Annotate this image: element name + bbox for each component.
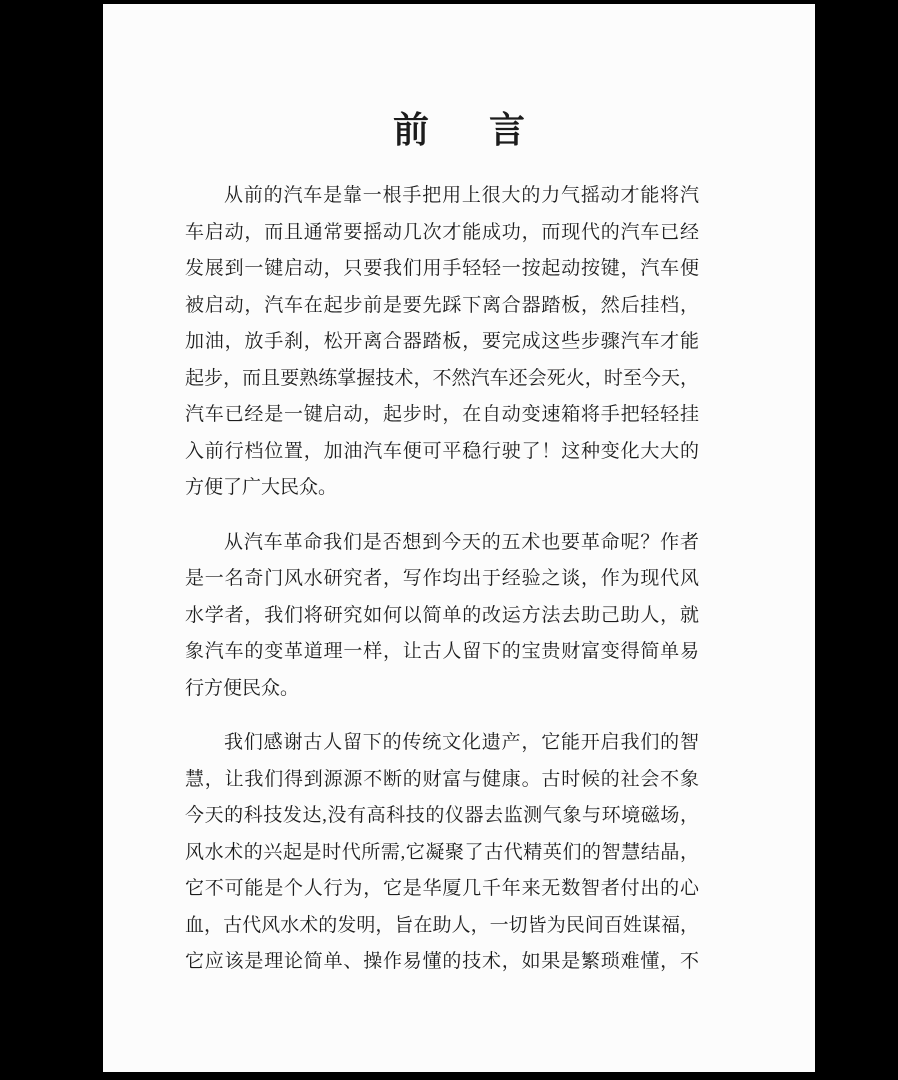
scan-background: 前 言 从前的汽车是靠一根手把用上很大的力气摇动才能将汽车启动，而且通常要摇动几… — [0, 0, 898, 1080]
paragraph: 从前的汽车是靠一根手把用上很大的力气摇动才能将汽车启动，而且通常要摇动几次才能成… — [185, 178, 699, 507]
paragraph: 从汽车革命我们是否想到今天的五术也要革命呢？作者是一名奇门风水研究者，写作均出于… — [185, 525, 699, 708]
paragraph: 我们感谢古人留下的传统文化遗产，它能开启我们的智慧，让我们得到源源不断的财富与健… — [185, 725, 699, 981]
text-line: 它应该是理论简单、操作易懂的技术，如果是繁琐难懂，不 — [185, 944, 699, 981]
text-line: 车启动，而且通常要摇动几次才能成功，而现代的汽车已经 — [185, 215, 699, 252]
text-line: 象汽车的变革道理一样，让古人留下的宝贵财富变得简单易 — [185, 634, 699, 671]
text-line: 是一名奇门风水研究者，写作均出于经验之谈，作为现代风 — [185, 561, 699, 598]
text-line: 行方便民众。 — [185, 671, 699, 708]
text-line: 被启动，汽车在起步前是要先踩下离合器踏板，然后挂档， — [185, 288, 699, 325]
text-line: 我们感谢古人留下的传统文化遗产，它能开启我们的智 — [185, 725, 699, 762]
text-line: 起步，而且要熟练掌握技术，不然汽车还会死火，时至今天， — [185, 361, 699, 398]
text-line: 水学者，我们将研究如何以简单的改运方法去助己助人，就 — [185, 598, 699, 635]
text-line: 方便了广大民众。 — [185, 470, 699, 507]
text-line: 今天的科技发达,没有高科技的仪器去监测气象与环境磁场， — [185, 798, 699, 835]
text-line: 慧，让我们得到源源不断的财富与健康。古时候的社会不象 — [185, 762, 699, 799]
book-page: 前 言 从前的汽车是靠一根手把用上很大的力气摇动才能将汽车启动，而且通常要摇动几… — [103, 4, 815, 1072]
page-title: 前 言 — [103, 108, 815, 152]
text-line: 入前行档位置，加油汽车便可平稳行驶了！这种变化大大的 — [185, 434, 699, 471]
text-line: 发展到一键启动，只要我们用手轻轻一按起动按键，汽车便 — [185, 251, 699, 288]
text-line: 血，古代风水术的发明，旨在助人，一切皆为民间百姓谋福， — [185, 908, 699, 945]
text-line: 加油，放手刹，松开离合器踏板，要完成这些步骤汽车才能 — [185, 324, 699, 361]
text-line: 风水术的兴起是时代所需,它凝聚了古代精英们的智慧结晶， — [185, 835, 699, 872]
text-line: 从前的汽车是靠一根手把用上很大的力气摇动才能将汽 — [185, 178, 699, 215]
text-line: 汽车已经是一键启动，起步时，在自动变速箱将手把轻轻挂 — [185, 397, 699, 434]
page-body: 从前的汽车是靠一根手把用上很大的力气摇动才能将汽车启动，而且通常要摇动几次才能成… — [103, 178, 815, 981]
text-line: 从汽车革命我们是否想到今天的五术也要革命呢？作者 — [185, 525, 699, 562]
text-line: 它不可能是个人行为，它是华厦几千年来无数智者付出的心 — [185, 871, 699, 908]
